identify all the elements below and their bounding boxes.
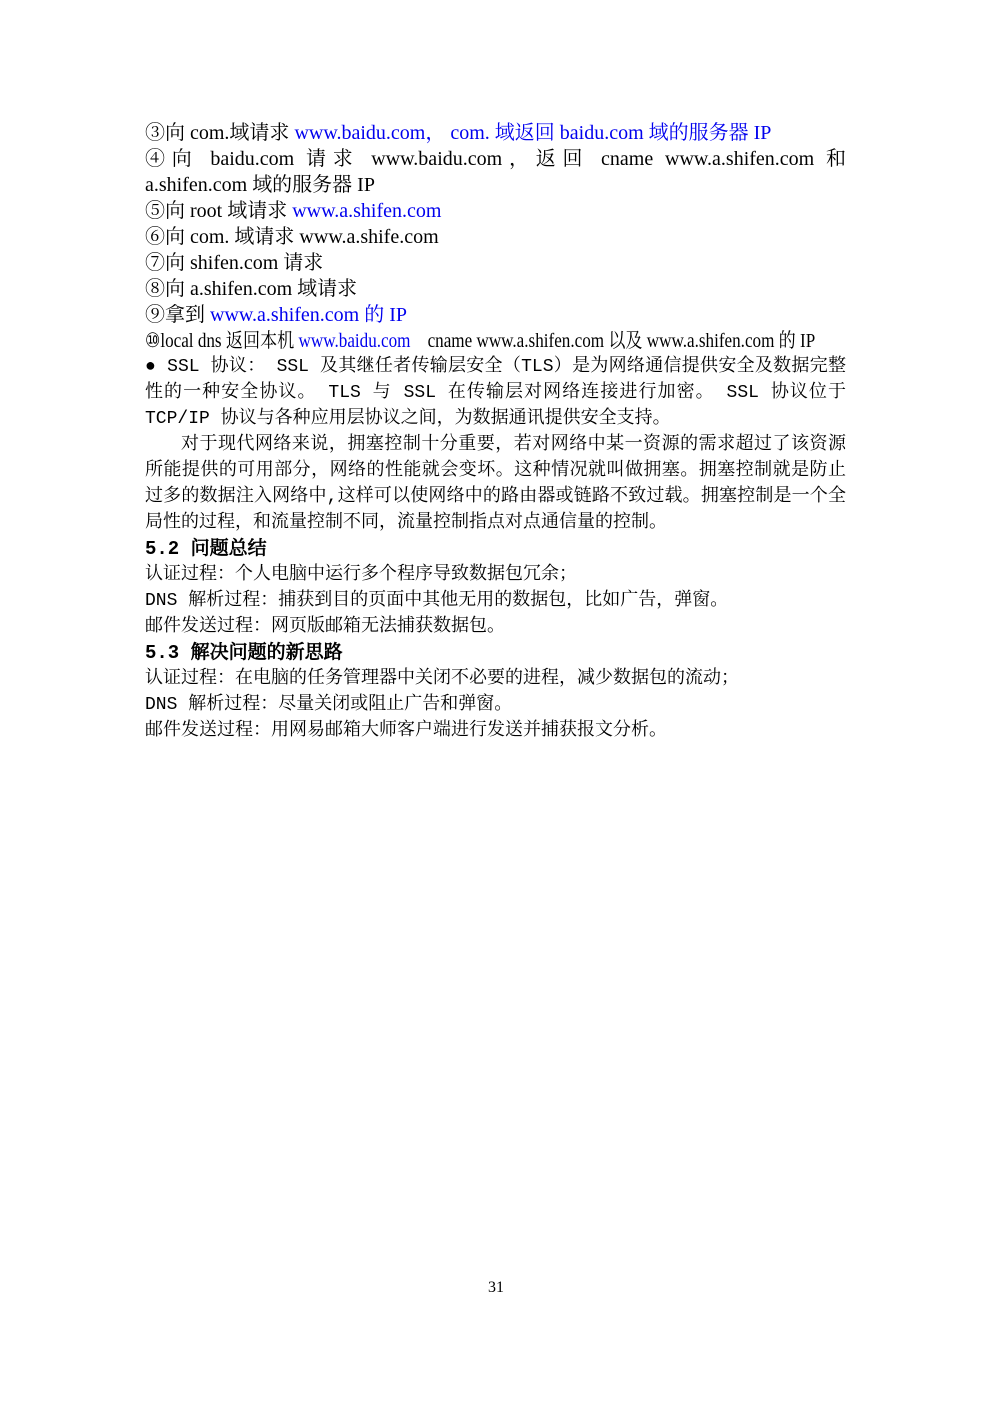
dns-step-3: ③向 com.域请求 www.baidu.com， com. 域返回 baidu… xyxy=(145,120,846,146)
dns-step-9: ⑨拿到 www.a.shifen.com 的 IP xyxy=(145,302,846,328)
dns-step-3-link[interactable]: www.baidu.com， com. 域返回 baidu.com 域的服务器 … xyxy=(294,122,771,144)
dns-step-6: ⑥向 com. 域请求 www.a.shife.com xyxy=(145,224,846,250)
dns-step-10-line: ⑩local dns 返回本机 www.baidu.com cname www.… xyxy=(145,328,815,354)
dns-step-5-text: ⑤向 root 域请求 xyxy=(145,200,292,222)
congestion-control-paragraph: 对于现代网络来说，拥塞控制十分重要，若对网络中某一资源的需求超过了该资源所能提供… xyxy=(145,432,846,536)
document-body: ③向 com.域请求 www.baidu.com， com. 域返回 baidu… xyxy=(145,120,846,744)
dns-step-10-link[interactable]: www.baidu.com xyxy=(299,330,411,352)
dns-step-7: ⑦向 shifen.com 请求 xyxy=(145,250,846,276)
document-page: ③向 com.域请求 www.baidu.com， com. 域返回 baidu… xyxy=(0,0,992,1403)
page-number: 31 xyxy=(0,1279,992,1297)
dns-step-3-text: ③向 com.域请求 xyxy=(145,122,294,144)
section-5-3-heading: 5.3 解决问题的新思路 xyxy=(145,640,846,666)
summary-mail-line: 邮件发送过程：网页版邮箱无法捕获数据包。 xyxy=(145,614,846,640)
dns-step-10: ⑩local dns 返回本机 www.baidu.com cname www.… xyxy=(145,328,846,354)
dns-step-5-link[interactable]: www.a.shifen.com xyxy=(292,200,441,222)
summary-auth-line: 认证过程：个人电脑中运行多个程序导致数据包冗余； xyxy=(145,562,846,588)
dns-step-10-tail: cname www.a.shifen.com 以及 www.a.shifen.c… xyxy=(410,330,815,352)
dns-step-9-link[interactable]: www.a.shifen.com 的 IP xyxy=(210,304,407,326)
solution-auth-line: 认证过程：在电脑的任务管理器中关闭不必要的进程，减少数据包的流动； xyxy=(145,666,846,692)
solution-mail-line: 邮件发送过程：用网易邮箱大师客户端进行发送并捕获报文分析。 xyxy=(145,718,846,744)
section-5-2-heading: 5.2 问题总结 xyxy=(145,536,846,562)
solution-dns-line: DNS 解析过程：尽量关闭或阻止广告和弹窗。 xyxy=(145,692,846,718)
dns-step-10-text: ⑩local dns 返回本机 xyxy=(145,330,299,352)
dns-step-4: ④向 baidu.com 请求 www.baidu.com，返回 cname w… xyxy=(145,146,846,198)
summary-dns-line: DNS 解析过程：捕获到目的页面中其他无用的数据包，比如广告，弹窗。 xyxy=(145,588,846,614)
dns-step-5: ⑤向 root 域请求 www.a.shifen.com xyxy=(145,198,846,224)
dns-step-8: ⑧向 a.shifen.com 域请求 xyxy=(145,276,846,302)
dns-step-9-text: ⑨拿到 xyxy=(145,304,210,326)
ssl-protocol-paragraph: ● SSL 协议： SSL 及其继任者传输层安全（TLS）是为网络通信提供安全及… xyxy=(145,354,846,432)
